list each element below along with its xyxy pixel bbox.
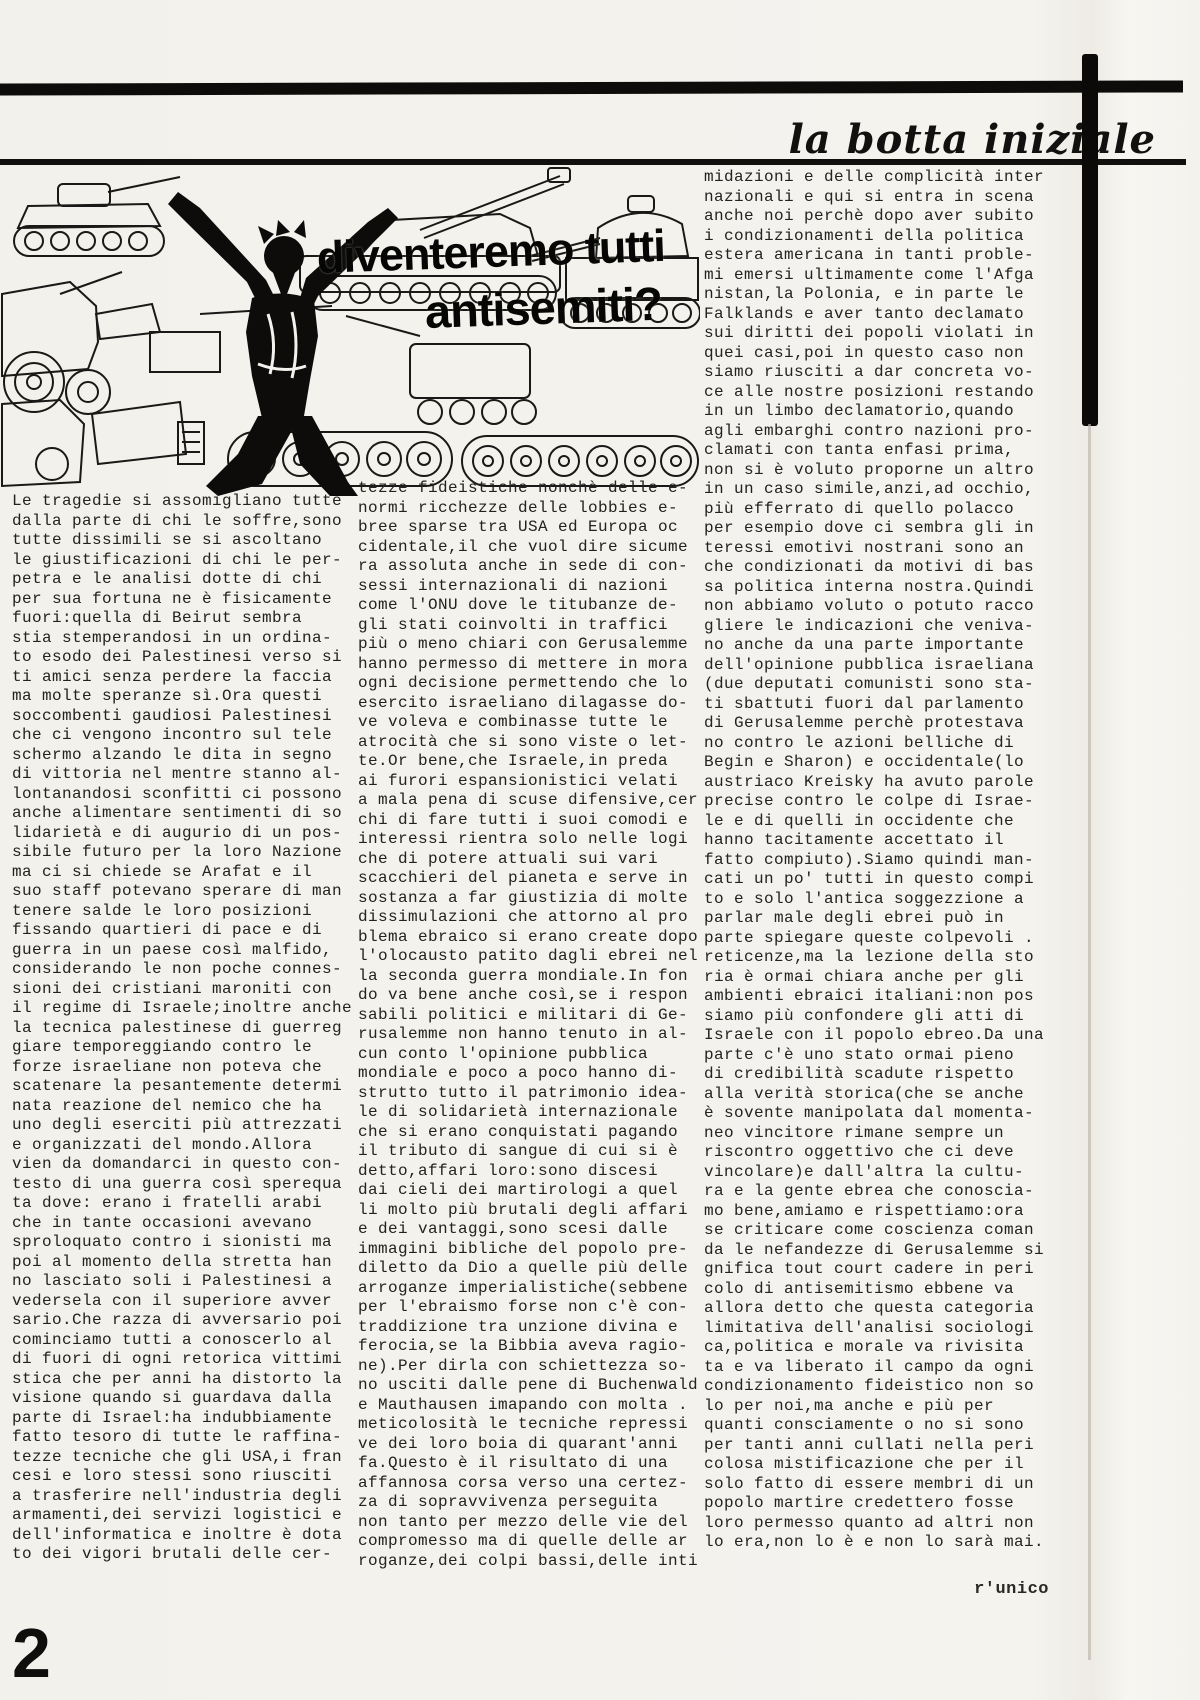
article-column-middle: tezze fideistiche nonchè delle e- normi …: [358, 479, 704, 1571]
scan-edge-bar: [1082, 54, 1098, 426]
scan-edge-crease: [1088, 424, 1091, 1660]
feature-title-line2: antisemiti?: [424, 276, 663, 339]
author-signature: r'unico: [704, 1580, 1049, 1599]
magazine-page: la botta iniziale: [0, 0, 1200, 1700]
section-masthead: la botta iniziale: [789, 116, 1156, 163]
top-rule: [0, 80, 1183, 95]
article-column-right: midazioni e delle complicità inter nazio…: [704, 168, 1054, 1553]
page-number: 2: [12, 1618, 51, 1688]
article-column-left: Le tragedie si assomigliano tutte dalla …: [12, 492, 358, 1565]
